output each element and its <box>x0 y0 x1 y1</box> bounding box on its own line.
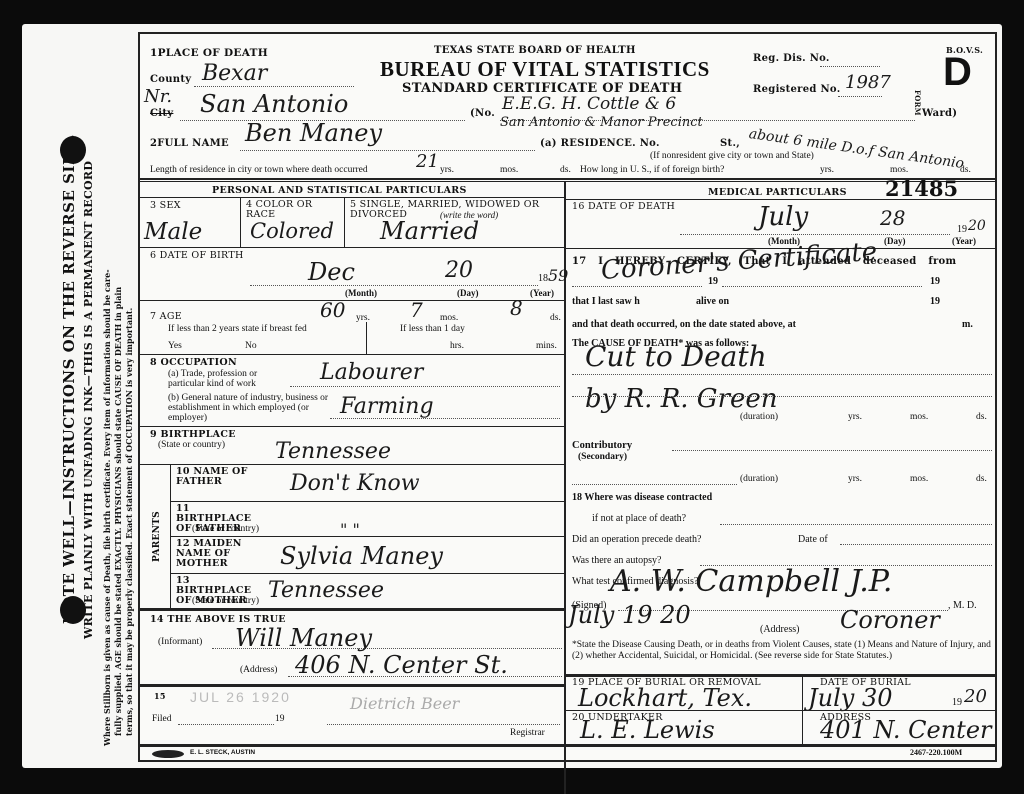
residence-st-label: St., <box>720 138 740 149</box>
burial-place-value: Lockhart, Tex. <box>578 684 752 712</box>
death-certificate-form: 1PLACE OF DEATH TEXAS STATE BOARD OF HEA… <box>138 32 997 762</box>
printer-credit: E. L. STECK, AUSTIN <box>190 749 255 756</box>
physician-address: Coroner <box>840 606 940 634</box>
trade-label: (a) Trade, profession or particular kind… <box>168 369 293 389</box>
industry-label: (b) General nature of industry, business… <box>168 393 343 423</box>
coroner-annotation: Coroner's Certificate <box>600 237 878 286</box>
date-of-death-label: 16 DATE OF DEATH <box>572 201 675 212</box>
breastfed-label: If less than 2 years state if breast fed <box>168 324 307 334</box>
registered-no-label: Registered No. <box>753 84 841 95</box>
stub-note-well: NOTE WELL—INSTRUCTIONS ON THE REVERSE SI… <box>60 134 78 624</box>
birthplace-value: Tennessee <box>275 439 391 464</box>
stub-instructions-1: Where Stillborn is given as cause of Dea… <box>102 269 112 746</box>
length-residence-label: Length of residence in city or town wher… <box>150 165 368 175</box>
death-occurred-label: and that death occurred, on the date sta… <box>572 319 796 330</box>
full-name-value: Ben Maney <box>245 119 382 147</box>
county-value: Bexar <box>202 61 267 86</box>
age-years: 60 <box>320 298 345 322</box>
residence-label: (a) RESIDENCE. No. <box>540 138 660 149</box>
trade-value: Labourer <box>320 360 423 385</box>
certificate-number: 21485 <box>885 176 958 201</box>
street-no-label: (No. <box>470 108 495 119</box>
full-name-label: 2FULL NAME <box>150 138 229 149</box>
residence-value: about 6 mile D.o.f San Antonio <box>748 126 965 172</box>
less-than-day-label: If less than 1 day <box>400 324 465 334</box>
nonresident-note: (If nonresident give city or town and St… <box>650 151 814 161</box>
stub-write-plainly: WRITE PLAINLY WITH UNFADING INK—THIS IS … <box>82 161 95 639</box>
cause-of-death-value: Cut to Death <box>585 340 767 373</box>
birthplace-label: 9 BIRTHPLACE <box>150 429 236 440</box>
undertaker-address-value: 401 N. Center <box>820 716 992 744</box>
age-label: 7 AGE <box>150 311 182 322</box>
race-label: 4 COLOR OR RACE <box>246 200 326 220</box>
cause-of-death-value-2: by R. R. Green <box>585 384 778 414</box>
operation-label: Did an operation precede death? <box>572 534 701 545</box>
registrar-label: Registrar <box>510 728 545 738</box>
dob-day: 20 <box>445 258 473 283</box>
registered-no-value: 1987 <box>845 72 891 93</box>
board-name: TEXAS STATE BOARD OF HEALTH <box>434 45 636 56</box>
informant-address-value: 406 N. Center St. <box>295 651 508 679</box>
occupation-label: 8 OCCUPATION <box>150 357 237 368</box>
printer-logo <box>152 750 184 758</box>
bureau-title: BUREAU OF VITAL STATISTICS <box>380 57 710 82</box>
informant-value: Will Maney <box>235 624 372 652</box>
sex-value: Male <box>144 219 202 245</box>
burial-year: 20 <box>964 686 987 707</box>
stub-instructions-2: fully supplied. AGE should be stated EXA… <box>113 287 123 736</box>
dod-month: July <box>758 202 808 232</box>
disease-contracted-label: 18 Where was disease contracted <box>572 492 712 503</box>
dob-year: 59 <box>548 266 568 285</box>
street-no-value: E.E.G. H. Cottle & 6 <box>502 94 676 114</box>
instruction-stub: NOTE WELL—INSTRUCTIONS ON THE REVERSE SI… <box>22 24 137 768</box>
stub-instructions-3: terms, so that it may be properly classi… <box>124 308 134 736</box>
street-no-value-2: San Antonio & Manor Precinct <box>500 115 703 130</box>
signed-date: July 19 20 <box>568 601 691 629</box>
form-code: 2467-220.100M <box>910 748 962 757</box>
mother-name-label: 12 MAIDEN NAME OF MOTHER <box>176 539 266 569</box>
place-of-death-label: 1PLACE OF DEATH <box>150 47 268 59</box>
mother-birthplace-value: Tennessee <box>268 578 384 603</box>
form-letter: D <box>943 50 972 95</box>
dob-month: Dec <box>308 258 355 286</box>
dob-label: 6 DATE OF BIRTH <box>150 250 244 261</box>
personal-heading: PERSONAL AND STATISTICAL PARTICULARS <box>212 185 467 196</box>
dod-day: 28 <box>880 206 905 230</box>
filed-date-stamp: JUL 26 1920 <box>190 689 291 705</box>
form-label: FORM <box>913 90 922 116</box>
parents-label: PARENTS <box>152 511 162 562</box>
race-value: Colored <box>250 219 334 243</box>
mother-name-value: Sylvia Maney <box>280 542 443 570</box>
burial-date-value: July 30 <box>808 684 892 712</box>
city-prefix: Nr. <box>144 86 172 107</box>
reg-dis-label: Reg. Dis. No. <box>753 53 830 64</box>
punch-hole-top <box>60 136 86 164</box>
city-label: City <box>150 108 173 119</box>
medical-heading: MEDICAL PARTICULARS <box>708 187 847 198</box>
physician-signature: A. W. Campbell J.P. <box>610 564 892 599</box>
contributory-label: Contributory <box>572 440 632 451</box>
age-months: 7 <box>410 298 423 322</box>
industry-value: Farming <box>340 394 434 419</box>
foreign-birth-label: How long in U. S., if of foreign birth? <box>580 165 724 175</box>
undertaker-value: L. E. Lewis <box>580 716 715 744</box>
age-days: 8 <box>510 296 523 320</box>
cause-footnote: *State the Disease Causing Death, or in … <box>572 640 992 662</box>
ward-label: Ward) <box>922 108 957 119</box>
sex-label: 3 SEX <box>150 200 181 211</box>
father-value: Don't Know <box>290 471 420 496</box>
punch-hole-bottom <box>60 596 86 624</box>
length-residence-years: 21 <box>416 151 439 172</box>
dod-year: 20 <box>968 218 986 234</box>
city-value: San Antonio <box>200 90 348 118</box>
marital-value: Married <box>380 217 479 245</box>
county-label: County <box>150 74 191 85</box>
father-label: 10 NAME OF FATHER <box>176 467 256 487</box>
registrar-signature: Dietrich Beer <box>350 694 459 713</box>
